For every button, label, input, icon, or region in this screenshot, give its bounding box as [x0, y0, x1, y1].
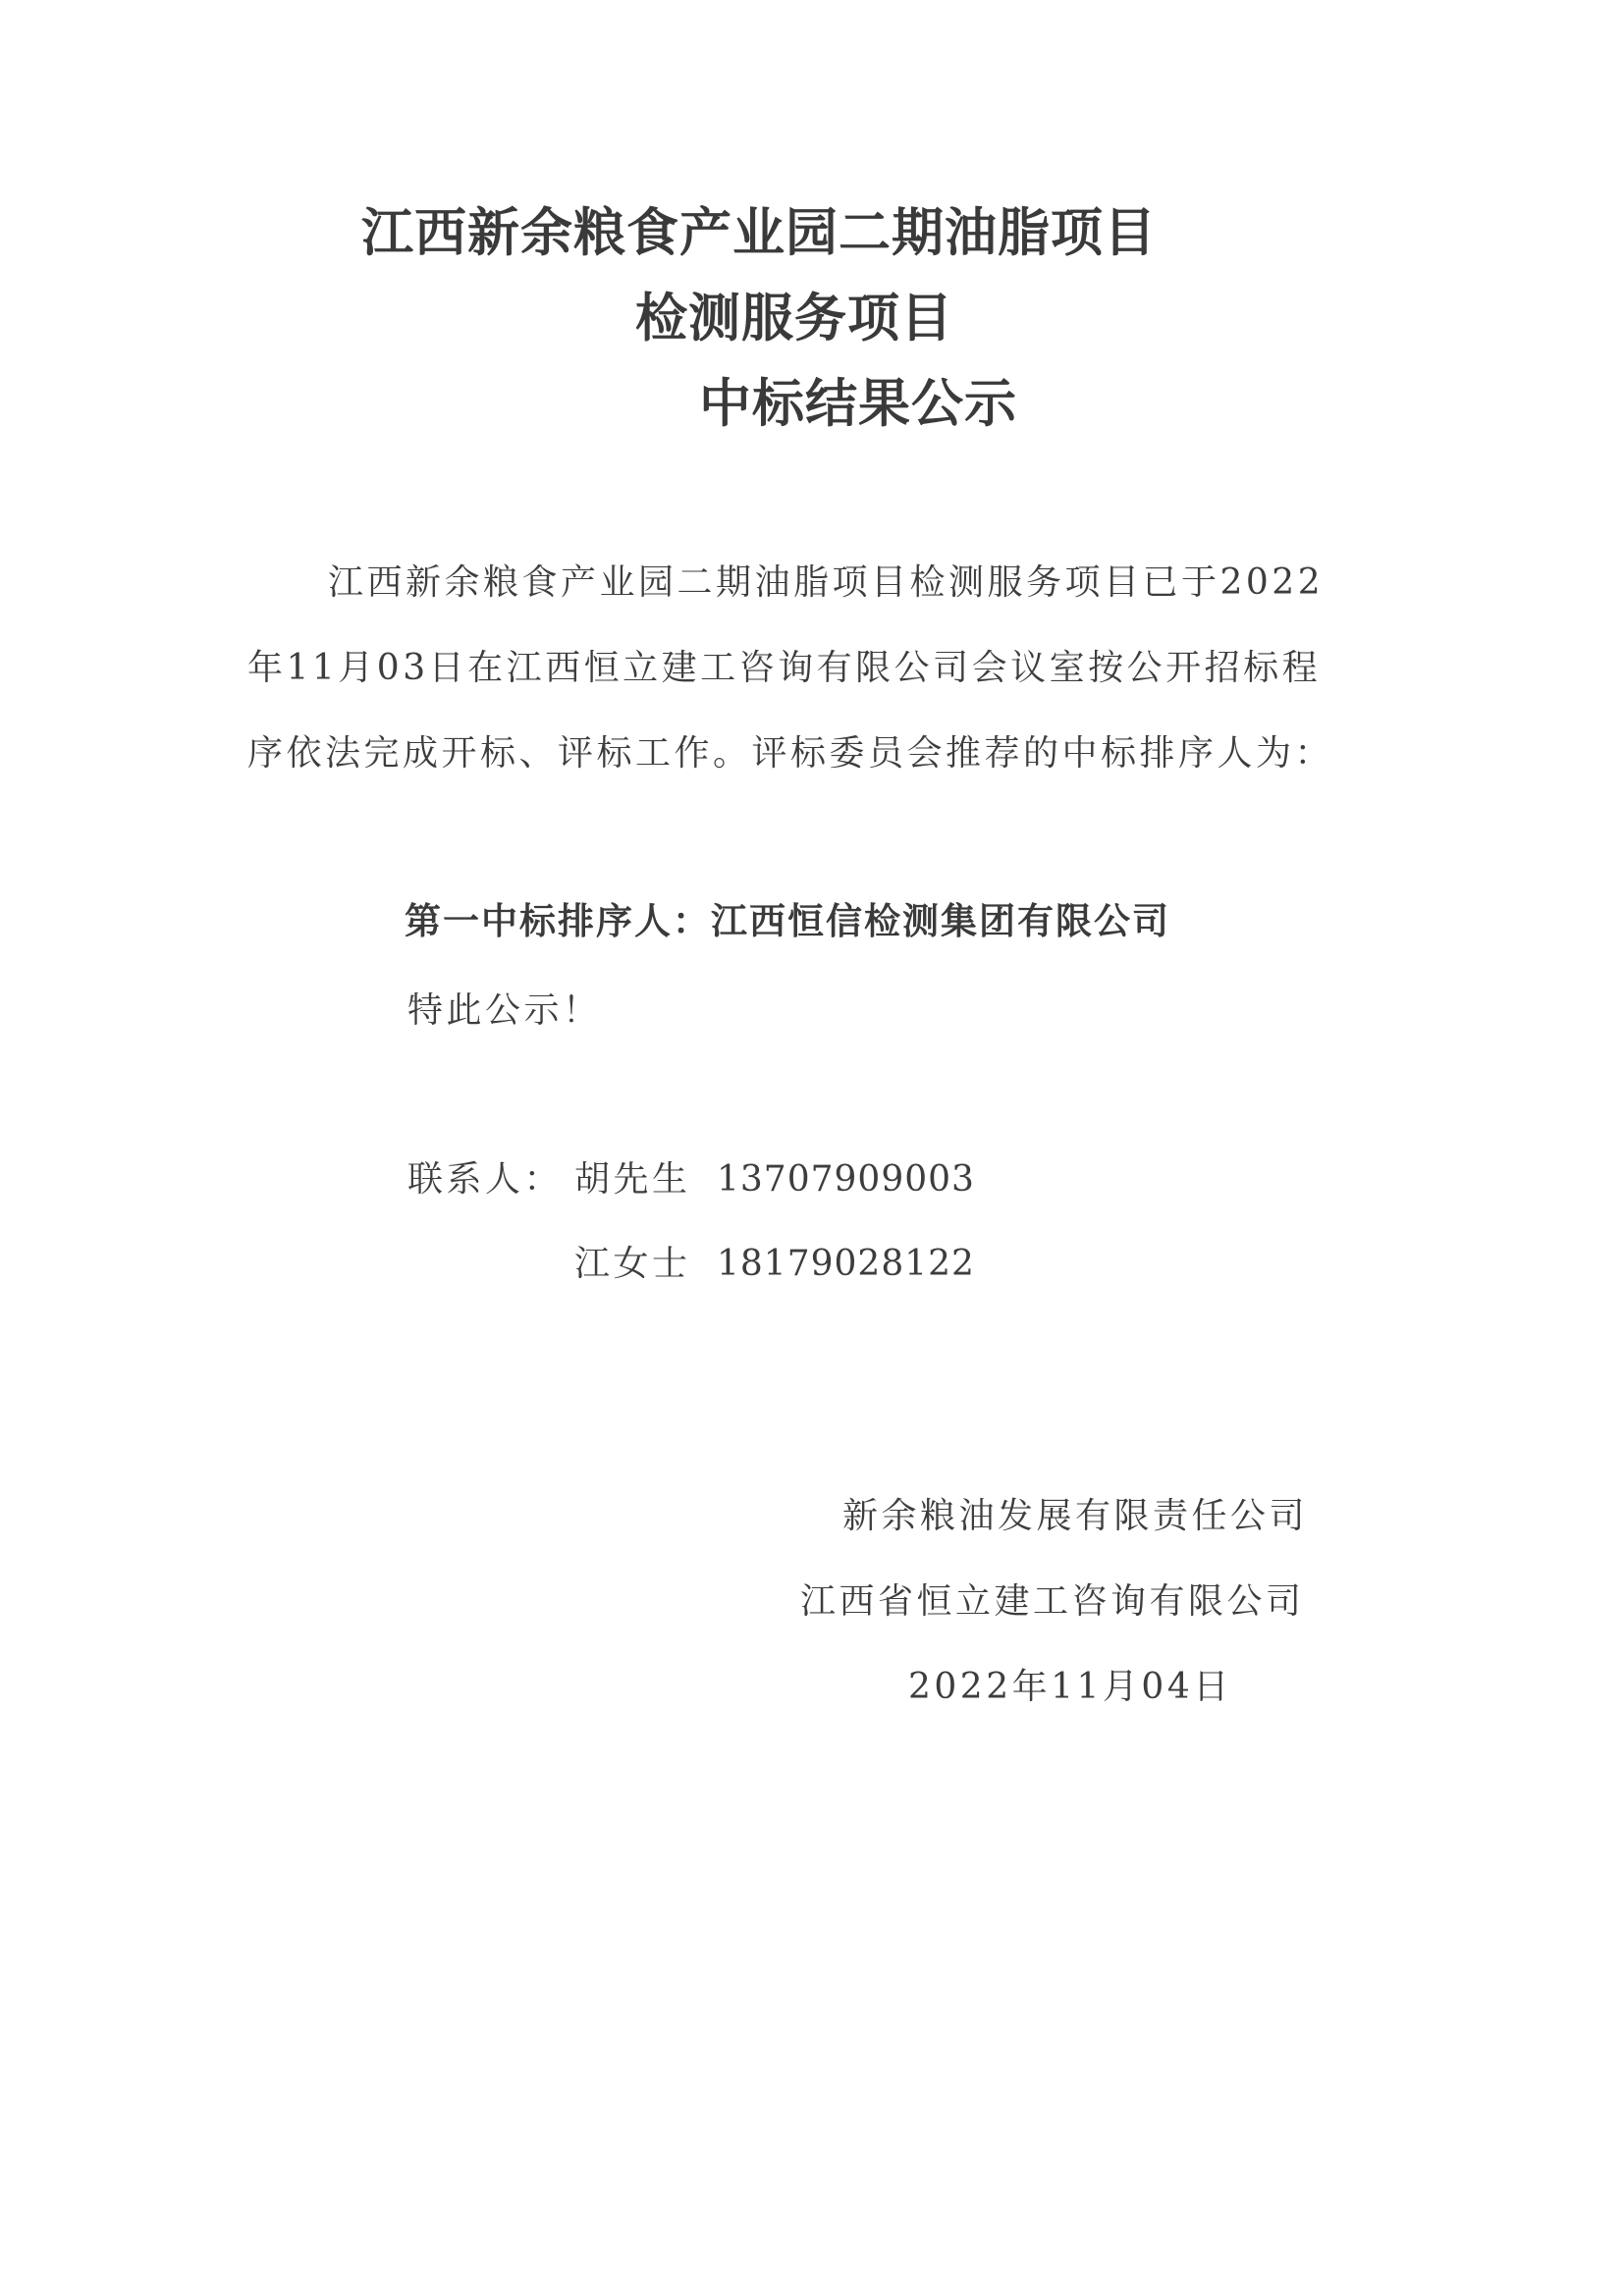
signature-organization-2: 江西省恒立建工咨询有限公司	[800, 1580, 1305, 1624]
body-paragraph-line-3: 序依法完成开标、评标工作。评标委员会推荐的中标排序人为：	[247, 732, 1333, 775]
title-line-2: 检测服务项目	[635, 290, 953, 348]
body-paragraph-line-2: 年11月03日在江西恒立建工咨询有限公司会议室按公开招标程	[247, 647, 1321, 690]
notice-text: 特此公示！	[407, 989, 602, 1033]
contact-label: 联系人：	[407, 1158, 563, 1201]
winning-bidder: 第一中标排序人：江西恒信检测集团有限公司	[405, 900, 1170, 943]
title-line-3: 中标结果公示	[699, 375, 1017, 434]
contact-name-1: 胡先生	[574, 1158, 691, 1201]
contact-name-2: 江女士	[574, 1243, 691, 1286]
body-paragraph-line-1: 江西新余粮食产业园二期油脂项目检测服务项目已于2022	[328, 561, 1324, 605]
contact-phone-1: 13707909003	[717, 1158, 975, 1201]
winner-company: 江西恒信检测集团有限公司	[711, 900, 1170, 942]
title-line-1: 江西新余粮食产业园二期油脂项目	[361, 204, 1157, 263]
document-page: 江西新余粮食产业园二期油脂项目 检测服务项目 中标结果公示 江西新余粮食产业园二…	[0, 0, 1624, 2296]
signature-date: 2022年11月04日	[908, 1666, 1232, 1709]
winner-label: 第一中标排序人：	[405, 900, 711, 942]
signature-organization-1: 新余粮油发展有限责任公司	[842, 1495, 1308, 1538]
contact-phone-2: 18179028122	[717, 1243, 975, 1286]
